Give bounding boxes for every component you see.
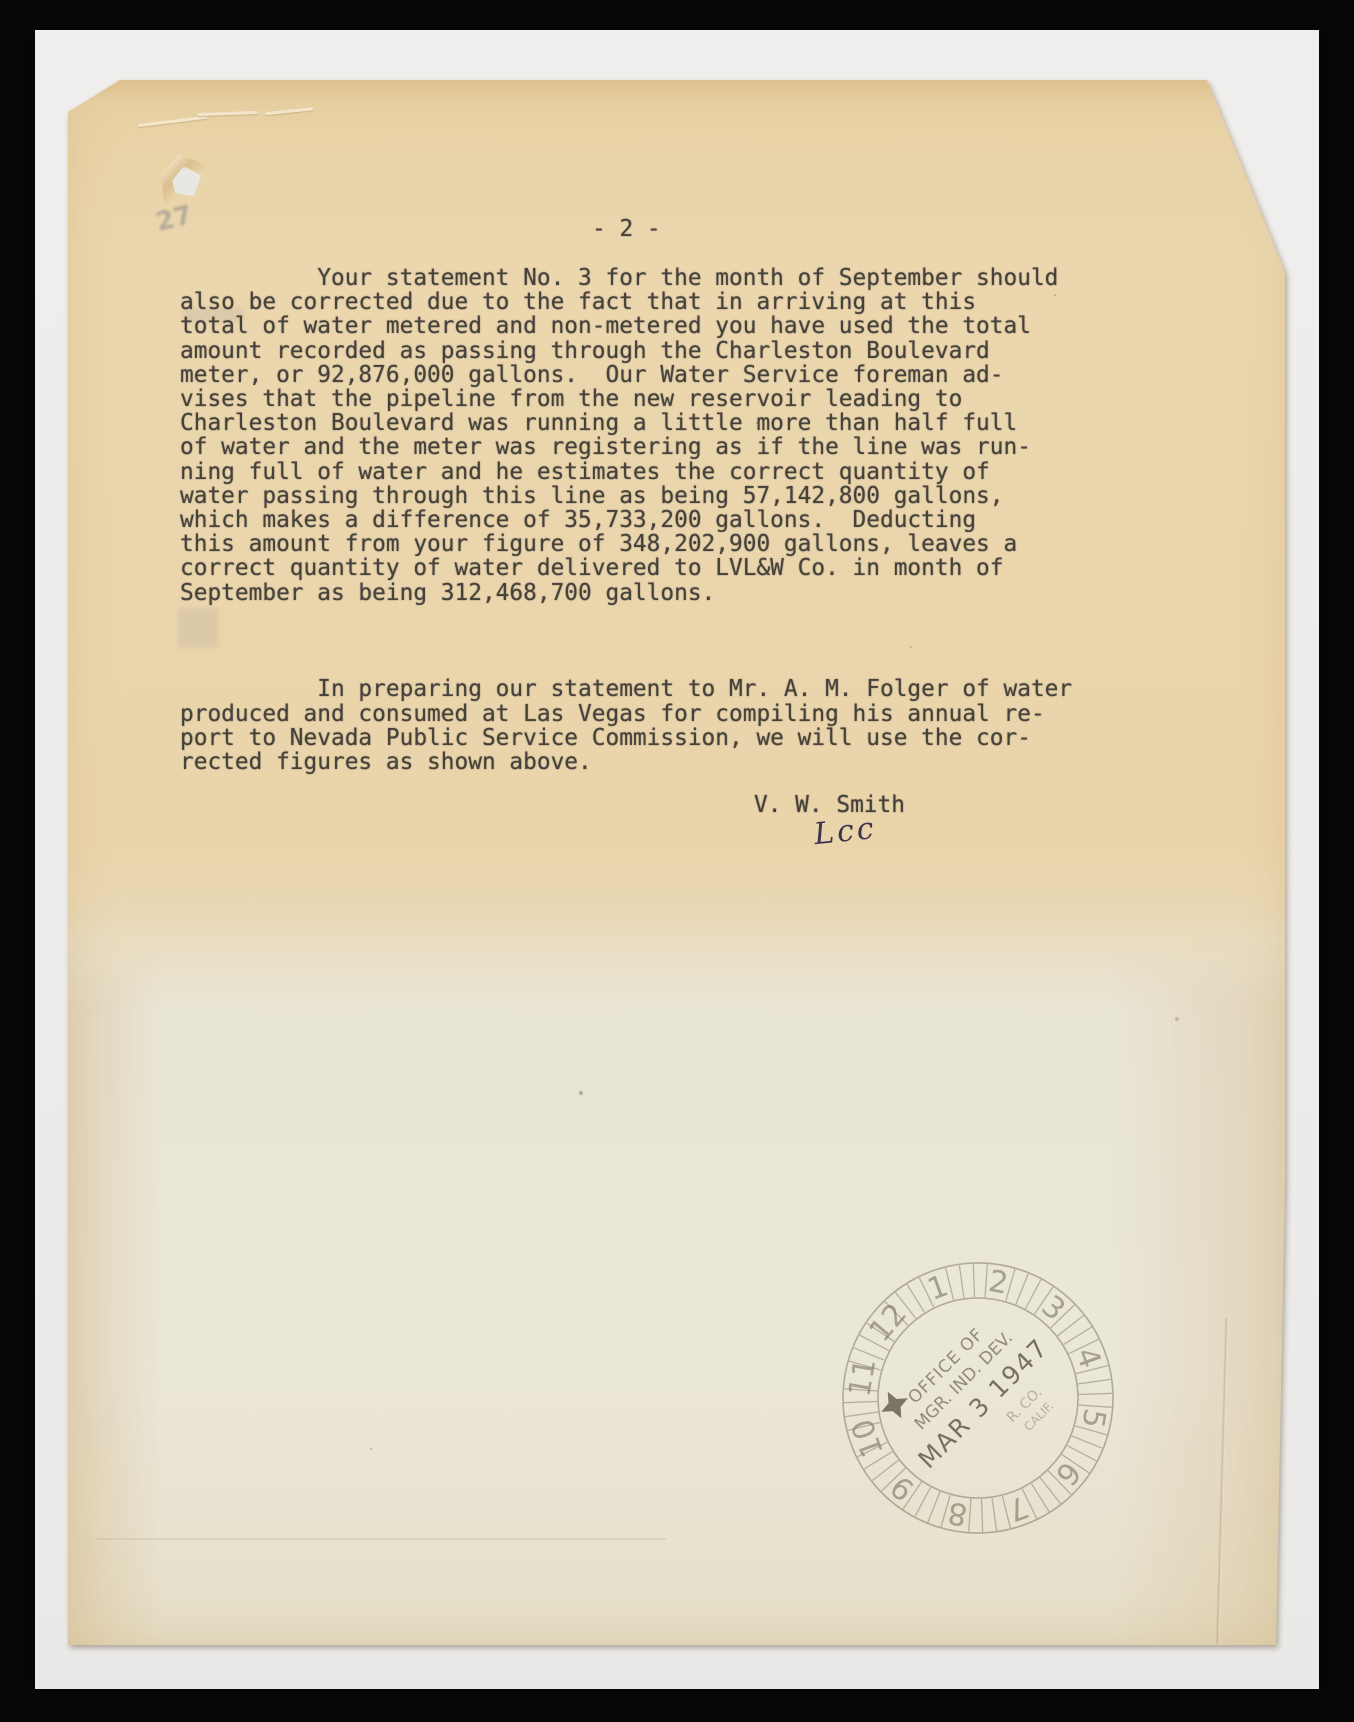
handwritten-initials: Lcc: [812, 811, 878, 852]
stamp-dial-number: 11: [842, 1356, 883, 1400]
page-number: - 2 -: [592, 216, 661, 242]
stamp-dial-number: 10: [845, 1414, 891, 1462]
scanned-document-background: 27 - 2 - Your statement No. 3 for the mo…: [0, 0, 1354, 1722]
typed-body: Your statement No. 3 for the month of Se…: [180, 266, 1140, 774]
date-stamp: 121234567891011 OFFICE OF MGR. IND. DEV.…: [828, 1248, 1128, 1548]
paper-crease: [1215, 1318, 1228, 1644]
torn-hole: [156, 154, 214, 206]
letter-page-wrap: 27 - 2 - Your statement No. 3 for the mo…: [68, 80, 1286, 1646]
stamp-dial-number: 9: [884, 1468, 921, 1507]
stamp-dial-number: 4: [1068, 1343, 1107, 1373]
stamp-dial-number: 7: [1003, 1488, 1033, 1527]
dust-specks: [68, 80, 70, 82]
stamp-dial-number: 3: [1035, 1289, 1072, 1328]
stamp-dial-number: 1: [923, 1268, 953, 1307]
stamp-dial-number: 6: [1048, 1455, 1087, 1492]
scratch-marks: [137, 102, 318, 137]
typed-signature: V. W. Smith: [754, 792, 905, 818]
paper-crease: [96, 1538, 666, 1540]
letter-page: 27 - 2 - Your statement No. 3 for the mo…: [68, 80, 1286, 1646]
